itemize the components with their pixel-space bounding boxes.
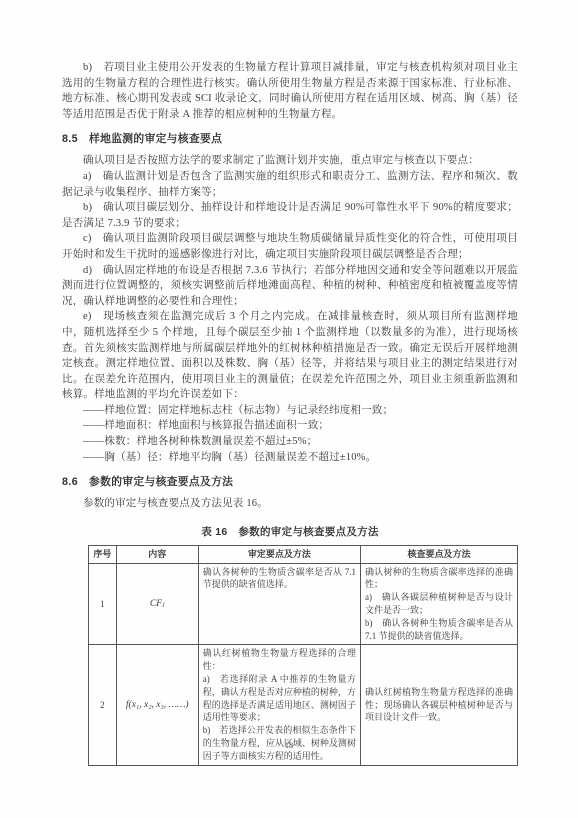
list-item-a: a) 确认监测计划是否包含了监测实施的组织形式和职责分工、监测方法、程序和频次、… [62,169,518,200]
page-number: 18 [0,740,578,750]
row1-no: 1 [89,563,117,645]
list-item-d: d) 确认固定样地的布设是否根据 7.3.6 节执行；若部分样地因交通和安全等问… [62,263,518,310]
table-header-verify: 核查要点及方法 [360,545,517,563]
tolerance-item-count: ——株数：样地各树种株数测量误差不超过±5%； [62,434,518,450]
list-item-c: c) 确认项目监测阶段项目碳层调整与地块生物质碳储量异质性变化的符合性，可使用项… [62,231,518,262]
section-8-5-intro: 确认项目是否按照方法学的要求制定了监测计划并实施，重点审定与核查以下要点： [62,153,518,169]
tolerance-item-area: ——样地面积：样地面积与核算报告描述面积一致； [62,418,518,434]
page-content: b) 若项目业主使用公开发表的生物量方程计算项目减排量，审定与核查机构须对项目业… [62,60,518,766]
paragraph-item-b: b) 若项目业主使用公开发表的生物量方程计算项目减排量，审定与核查机构须对项目业… [62,60,518,122]
tolerance-item-location: ——样地位置：固定样地标志柱（标志物）与记录经纬度相一致； [62,403,518,419]
table-16: 序号 内容 审定要点及方法 核查要点及方法 1 CFⱼ 确认各树种的生物质含碳率… [88,545,518,766]
table-16-caption: 表 16 参数的审定与核查要点及方法 [62,524,518,539]
row1-audit-points: 确认各树种的生物质含碳率是否从 7.1 节提供的缺省值选择。 [198,563,360,645]
list-item-e: e) 现场核查须在监测完成后 3 个月之内完成。在减排量核查时，须从项目所有监测… [62,309,518,403]
row1-verify-points: 确认树种的生物质含碳率选择的准确性； a) 确认各碳层种植树种是否与设计文件是否… [360,563,517,645]
table-row: 1 CFⱼ 确认各树种的生物质含碳率是否从 7.1 节提供的缺省值选择。 确认树… [89,563,518,645]
section-heading-8-5: 8.5 样地监测的审定与核查要点 [62,131,518,146]
tolerance-item-diameter: ——胸（基）径：样地平均胸（基）径测量误差不超过±10%。 [62,450,518,466]
list-item-b: b) 确认项目碳层划分、抽样设计和样地设计是否满足 90%可靠性水平下 90%的… [62,200,518,231]
table-header-audit: 审定要点及方法 [198,545,360,563]
document-page: b) 若项目业主使用公开发表的生物量方程计算项目减排量，审定与核查机构须对项目业… [0,0,578,818]
table-header-no: 序号 [89,545,117,563]
section-heading-8-6: 8.6 参数的审定与核查要点及方法 [62,474,518,489]
table-header-row: 序号 内容 审定要点及方法 核查要点及方法 [89,545,518,563]
section-8-6-intro: 参数的审定与核查要点及方法见表 16。 [62,496,518,512]
row1-symbol: CFⱼ [116,563,198,645]
table-header-content: 内容 [116,545,198,563]
